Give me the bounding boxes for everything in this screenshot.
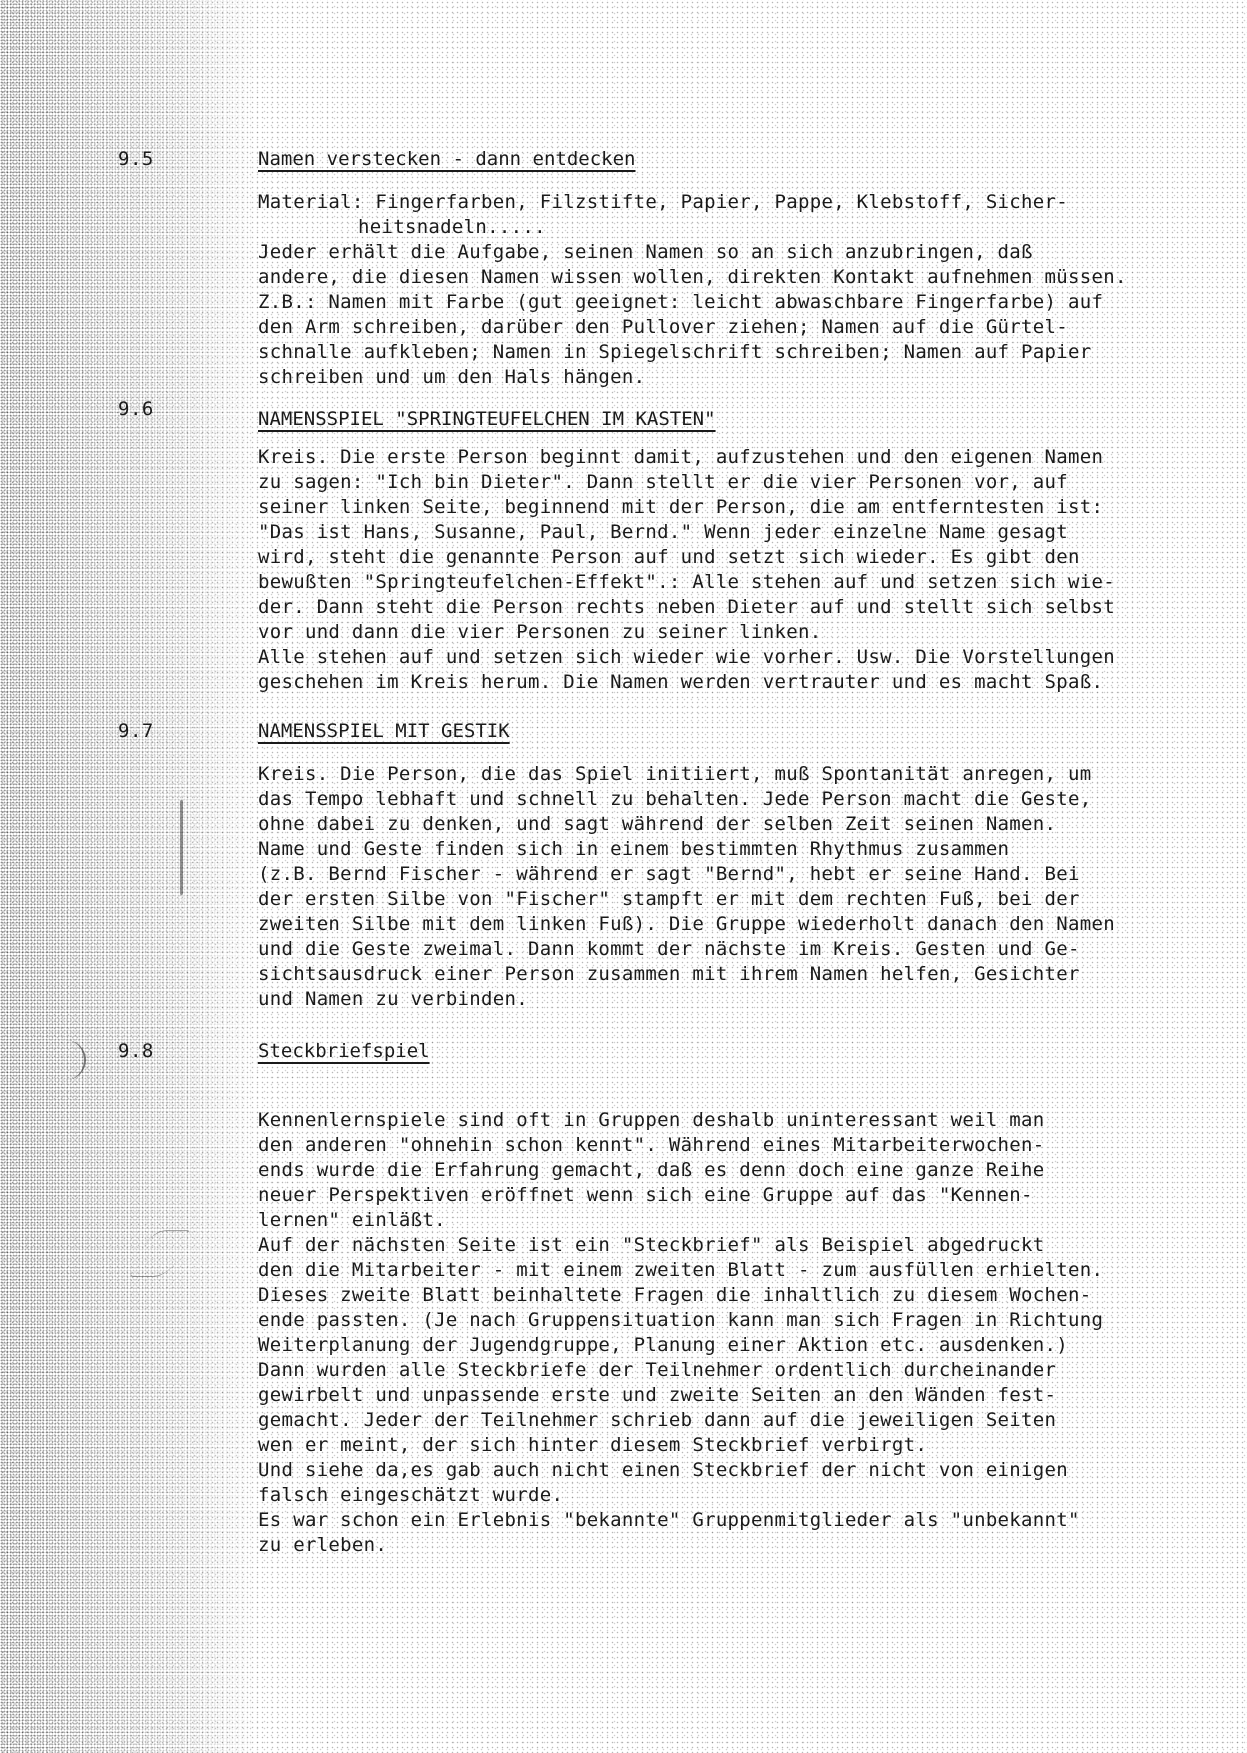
text-line: heitsnadeln..... xyxy=(258,215,1127,240)
text-line: zu sagen: "Ich bin Dieter". Dann stellt … xyxy=(258,470,1115,495)
text-line: Es war schon ein Erlebnis "bekannte" Gru… xyxy=(258,1508,1103,1533)
text-line: gemacht. Jeder der Teilnehmer schrieb da… xyxy=(258,1408,1103,1433)
text-line: "Das ist Hans, Susanne, Paul, Bernd." We… xyxy=(258,520,1115,545)
margin-mark-scribble xyxy=(129,1230,191,1277)
text-line: und die Geste zweimal. Dann kommt der nä… xyxy=(258,937,1115,962)
text-line: Alle stehen auf und setzen sich wieder w… xyxy=(258,645,1115,670)
section-body: Kreis. Die erste Person beginnt damit, a… xyxy=(258,445,1115,695)
text-line: den Arm schreiben, darüber den Pullover … xyxy=(258,315,1127,340)
text-line: der. Dann steht die Person rechts neben … xyxy=(258,595,1115,620)
text-line: Dieses zweite Blatt beinhaltete Fragen d… xyxy=(258,1283,1103,1308)
text-line: lernen" einläßt. xyxy=(258,1208,1103,1233)
section-title: Steckbriefspiel xyxy=(258,1040,430,1062)
text-line: seiner linken Seite, beginnend mit der P… xyxy=(258,495,1115,520)
text-line: Z.B.: Namen mit Farbe (gut geeignet: lei… xyxy=(258,290,1127,315)
text-line: Kreis. Die erste Person beginnt damit, a… xyxy=(258,445,1115,470)
text-line: ende passten. (Je nach Gruppensituation … xyxy=(258,1308,1103,1333)
text-line: Material: Fingerfarben, Filzstifte, Papi… xyxy=(258,190,1127,215)
text-line: zweiten Silbe mit dem linken Fuß). Die G… xyxy=(258,912,1115,937)
text-line: Auf der nächsten Seite ist ein "Steckbri… xyxy=(258,1233,1103,1258)
text-line: Und siehe da,es gab auch nicht einen Ste… xyxy=(258,1458,1103,1483)
text-line: wen er meint, der sich hinter diesem Ste… xyxy=(258,1433,1103,1458)
text-line: andere, die diesen Namen wissen wollen, … xyxy=(258,265,1127,290)
text-line: zu erleben. xyxy=(258,1533,1103,1558)
text-line: der ersten Silbe von "Fischer" stampft e… xyxy=(258,887,1115,912)
text-line: sichtsausdruck einer Person zusammen mit… xyxy=(258,962,1115,987)
text-line: vor und dann die vier Personen zu seiner… xyxy=(258,620,1115,645)
margin-mark-paren xyxy=(60,1040,86,1080)
document-page: 9.5 Namen verstecken - dann entdecken Ma… xyxy=(0,0,1247,1753)
text-line: Jeder erhält die Aufgabe, seinen Namen s… xyxy=(258,240,1127,265)
section-number: 9.5 xyxy=(118,148,154,170)
text-line: schreiben und um den Hals hängen. xyxy=(258,365,1127,390)
text-line: ends wurde die Erfahrung gemacht, daß es… xyxy=(258,1158,1103,1183)
text-line: den anderen "ohnehin schon kennt". Währe… xyxy=(258,1133,1103,1158)
text-line: Kennenlernspiele sind oft in Gruppen des… xyxy=(258,1108,1103,1133)
section-number: 9.7 xyxy=(118,720,154,742)
text-line: und Namen zu verbinden. xyxy=(258,987,1115,1012)
section-body: Kreis. Die Person, die das Spiel initiie… xyxy=(258,762,1115,1012)
text-line: Dann wurden alle Steckbriefe der Teilneh… xyxy=(258,1358,1103,1383)
text-line: Kreis. Die Person, die das Spiel initiie… xyxy=(258,762,1115,787)
section-title: Namen verstecken - dann entdecken xyxy=(258,148,636,170)
text-line: geschehen im Kreis herum. Die Namen werd… xyxy=(258,670,1115,695)
text-line: ohne dabei zu denken, und sagt während d… xyxy=(258,812,1115,837)
section-number: 9.6 xyxy=(118,398,154,420)
text-line: das Tempo lebhaft und schnell zu behalte… xyxy=(258,787,1115,812)
margin-mark-bar xyxy=(180,800,183,895)
section-body: Material: Fingerfarben, Filzstifte, Papi… xyxy=(258,190,1127,390)
section-body: Kennenlernspiele sind oft in Gruppen des… xyxy=(258,1108,1103,1558)
section-title: NAMENSSPIEL "SPRINGTEUFELCHEN IM KASTEN" xyxy=(258,408,716,430)
text-line: neuer Perspektiven eröffnet wenn sich ei… xyxy=(258,1183,1103,1208)
text-line: falsch eingeschätzt wurde. xyxy=(258,1483,1103,1508)
text-line: den die Mitarbeiter - mit einem zweiten … xyxy=(258,1258,1103,1283)
text-line: Weiterplanung der Jugendgruppe, Planung … xyxy=(258,1333,1103,1358)
section-title: NAMENSSPIEL MIT GESTIK xyxy=(258,720,510,742)
text-line: bewußten "Springteufelchen-Effekt".: All… xyxy=(258,570,1115,595)
text-line: gewirbelt und unpassende erste und zweit… xyxy=(258,1383,1103,1408)
section-number: 9.8 xyxy=(118,1040,154,1062)
text-line: schnalle aufkleben; Namen in Spiegelschr… xyxy=(258,340,1127,365)
text-line: Name und Geste finden sich in einem best… xyxy=(258,837,1115,862)
text-line: (z.B. Bernd Fischer - während er sagt "B… xyxy=(258,862,1115,887)
text-line: wird, steht die genannte Person auf und … xyxy=(258,545,1115,570)
